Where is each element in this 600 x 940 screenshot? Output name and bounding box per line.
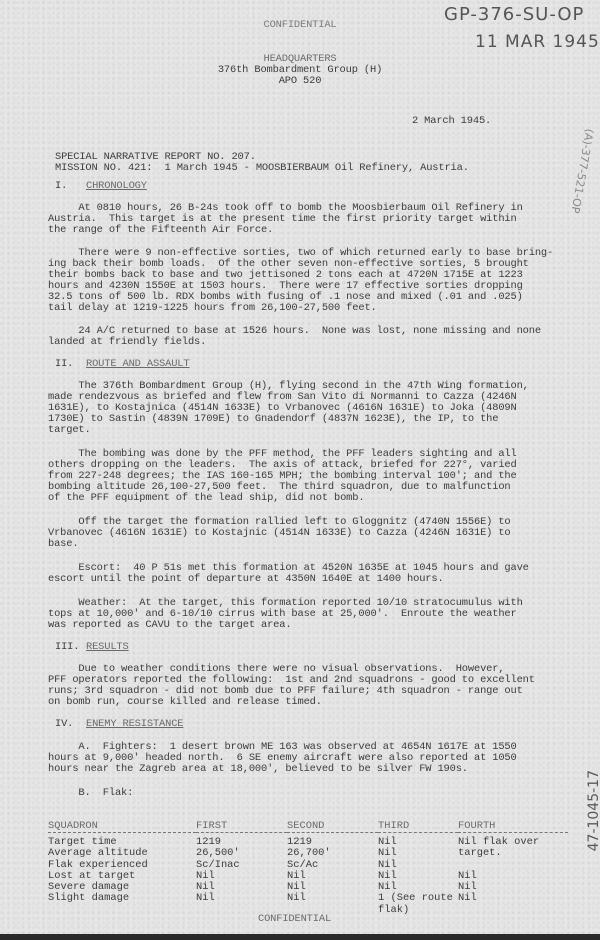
header-fourth: FOURTH <box>458 818 568 833</box>
margin-annotation-top: (A)-377-521-OP <box>568 128 596 215</box>
section-2-number: II. <box>55 359 73 370</box>
handwritten-ref-line-1: GP-376-SU-OP <box>444 4 584 25</box>
flak-table: SQUADRON FIRST SECOND THIRD FOURTH Targe… <box>48 818 568 916</box>
classification-bottom: CONFIDENTIAL <box>258 914 331 925</box>
handwritten-ref-line-2: 11 MAR 1945 <box>475 32 600 52</box>
section-1-heading: CHRONOLOGY <box>86 181 147 192</box>
section-4-heading: ENEMY RESISTANCE <box>86 719 183 730</box>
scan-edge <box>0 934 600 940</box>
header-squadron: SQUADRON <box>48 818 196 833</box>
section-3-heading: RESULTS <box>86 642 129 653</box>
header-second: SECOND <box>287 818 378 833</box>
section-4-number: IV. <box>55 719 73 730</box>
header-first: FIRST <box>196 818 287 833</box>
document-page: CONFIDENTIAL HEADQUARTERS 376th Bombardm… <box>0 0 600 940</box>
margin-annotation-bottom: 47-1045-17 <box>586 770 600 851</box>
flak-table-header: SQUADRON FIRST SECOND THIRD FOURTH <box>48 818 568 833</box>
section-2-heading: ROUTE AND ASSAULT <box>86 359 189 370</box>
mission-title: MISSION NO. 421: 1 March 1945 - MOOSBIER… <box>55 163 469 174</box>
section-3-number: III. <box>55 642 79 653</box>
unit-line-3: APO 520 <box>0 76 600 87</box>
flak-label: B. Flak: <box>48 788 133 799</box>
header-third: THIRD <box>378 818 458 833</box>
table-row: Average altitude26,500'26,700'Niltarget. <box>48 848 568 859</box>
section-1-number: I. <box>55 181 67 192</box>
report-date: 2 March 1945. <box>412 116 491 127</box>
table-row: Slight damageNilNil1 (See routeNil <box>48 893 568 904</box>
